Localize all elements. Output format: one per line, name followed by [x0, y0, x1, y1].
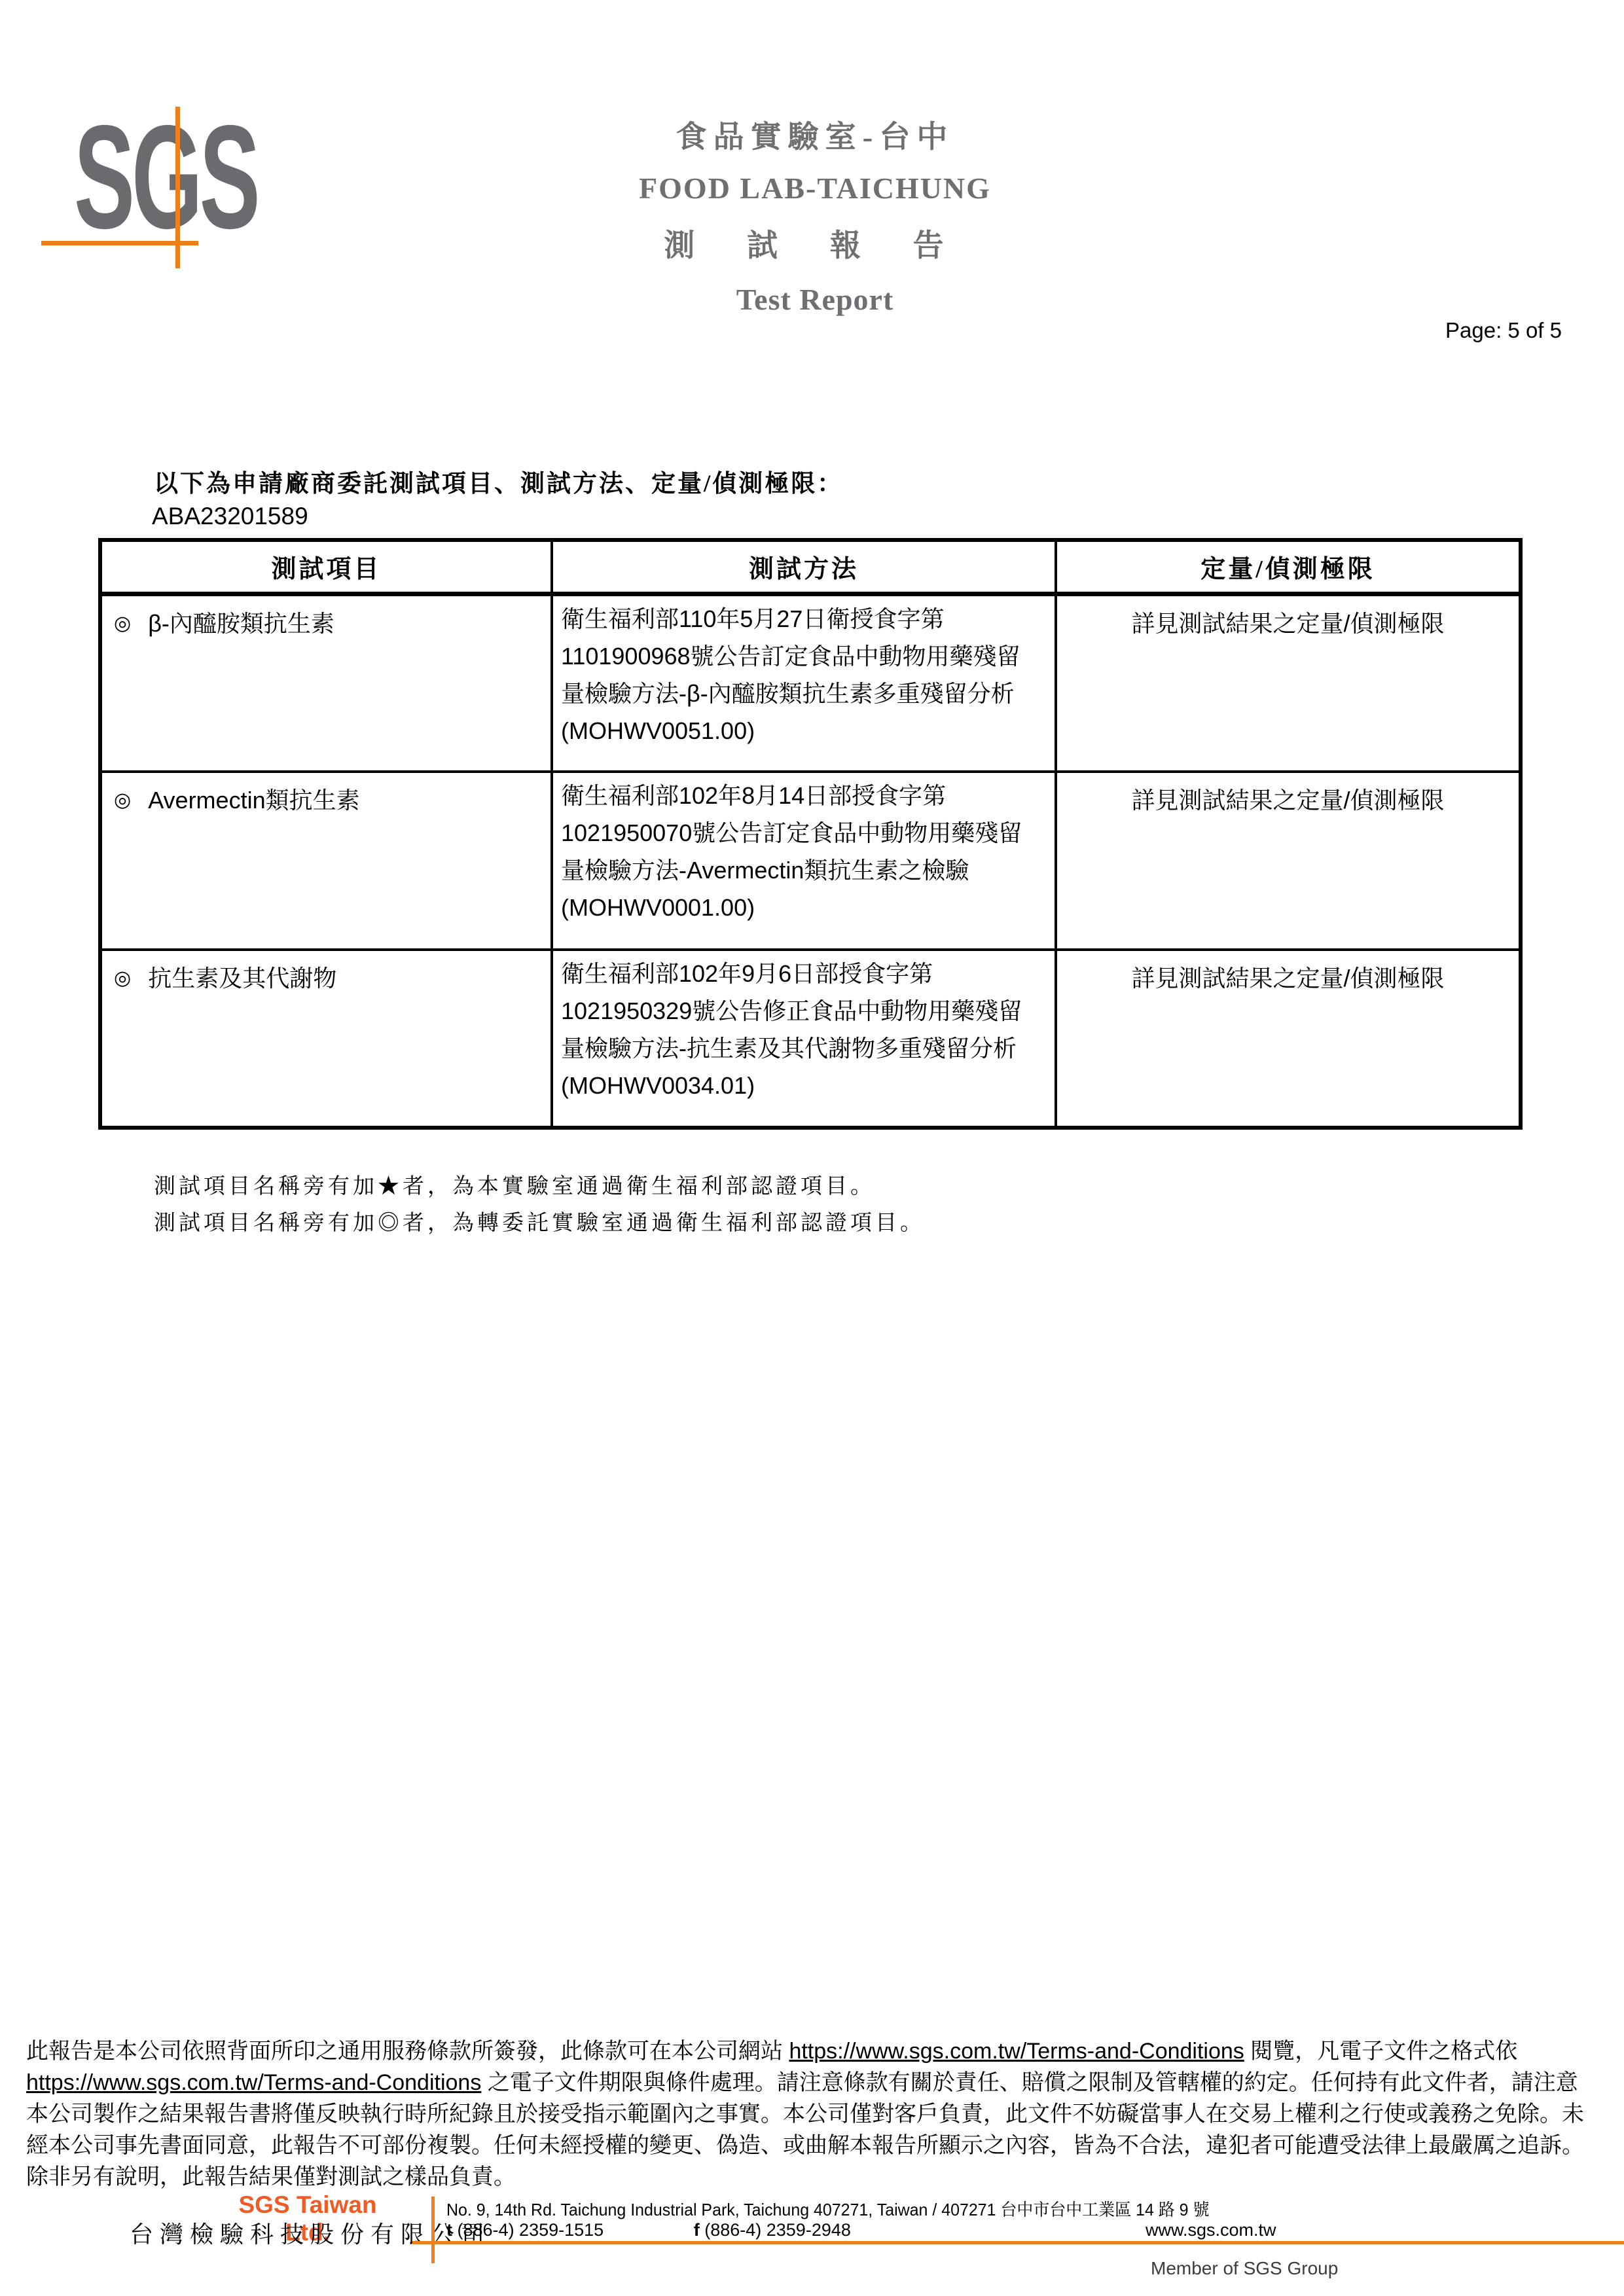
report-title-zh: 測 試 報 告 — [422, 221, 1208, 265]
method-line: 量檢驗方法-抗生素及其代謝物多重殘留分析 — [561, 1030, 1049, 1067]
disclaimer-text: 之電子文件期限與條件處理。請注意條款有關於責任、賠償之限制及管轄權的約定。任何持… — [481, 2070, 1578, 2095]
footnote-star: 測試項目名稱旁有加★者，為本實驗室通過衛生福利部認證項目。 — [154, 1169, 875, 1200]
method-line: 量檢驗方法-Avermectin類抗生素之檢驗 — [561, 852, 1049, 889]
sgs-logo-horizontal-line — [41, 241, 198, 245]
sgs-logo-vertical-line — [175, 107, 180, 268]
disclaimer-line: 本公司製作之結果報告書將僅反映執行時所紀錄且於接受指示範圍內之事實。本公司僅對客… — [26, 2098, 1602, 2130]
test-method-cell: 衛生福利部102年9月6日部授食字第 1021950329號公告修正食品中動物用… — [552, 950, 1056, 1128]
method-line: (MOHWV0034.01) — [561, 1067, 1049, 1104]
disclaimer-line: 除非另有說明，此報告結果僅對測試之樣品負責。 — [26, 2161, 1602, 2193]
page-number: Page: 5 of 5 — [1445, 318, 1562, 343]
method-line: (MOHWV0001.00) — [561, 889, 1049, 926]
method-line: 1101900968號公告訂定食品中動物用藥殘留 — [561, 637, 1049, 675]
test-item-name: β-內醯胺類抗生素 — [148, 610, 334, 637]
test-method-cell: 衛生福利部110年5月27日衛授食字第 1101900968號公告訂定食品中動物… — [552, 594, 1056, 772]
table-row: ◎β-內醯胺類抗生素 衛生福利部110年5月27日衛授食字第 110190096… — [100, 594, 1521, 772]
footer-divider-vertical — [431, 2197, 435, 2263]
footer-member-label: Member of SGS Group — [1151, 2258, 1338, 2279]
footer-company-name-zh: 台灣檢驗科技股份有限公司 — [130, 2216, 491, 2250]
footer-address: No. 9, 14th Rd. Taichung Industrial Park… — [446, 2197, 1238, 2221]
report-title-en: Test Report — [422, 282, 1208, 317]
disclaimer-line: 此報告是本公司依照背面所印之通用服務條款所簽發，此條款可在本公司網站 https… — [26, 2036, 1602, 2067]
test-method-cell: 衛生福利部102年8月14日部授食字第 1021950070號公告訂定食品中動物… — [552, 772, 1056, 950]
terms-link[interactable]: https://www.sgs.com.tw/Terms-and-Conditi… — [26, 2070, 481, 2095]
table-header-row: 測試項目 測試方法 定量/偵測極限 — [100, 540, 1521, 594]
footer-divider-horizontal — [412, 2241, 1624, 2244]
report-header: 食品實驗室-台中 FOOD LAB-TAICHUNG 測 試 報 告 Test … — [422, 113, 1208, 317]
disclaimer-block: 此報告是本公司依照背面所印之通用服務條款所簽發，此條款可在本公司網站 https… — [26, 2036, 1602, 2193]
footer-website-link[interactable]: www.sgs.com.tw — [1146, 2220, 1276, 2240]
report-number: ABA23201589 — [152, 503, 308, 530]
method-line: 量檢驗方法-β-內醯胺類抗生素多重殘留分析 — [561, 675, 1049, 712]
test-item-cell: ◎抗生素及其代謝物 — [100, 950, 552, 1128]
limit-cell: 詳見測試結果之定量/偵測極限 — [1056, 772, 1521, 950]
table-row: ◎抗生素及其代謝物 衛生福利部102年9月6日部授食字第 1021950329號… — [100, 950, 1521, 1128]
sgs-logo-text: SGS — [74, 103, 257, 251]
method-line: 1021950329號公告修正食品中動物用藥殘留 — [561, 992, 1049, 1030]
method-line: 衛生福利部102年8月14日部授食字第 — [561, 777, 1049, 814]
intro-statement: 以下為申請廠商委託測試項目、測試方法、定量/偵測極限： — [154, 463, 843, 499]
test-item-name: 抗生素及其代謝物 — [148, 965, 336, 992]
disclaimer-text: 此報告是本公司依照背面所印之通用服務條款所簽發，此條款可在本公司網站 — [26, 2039, 789, 2064]
column-header-test-item: 測試項目 — [100, 540, 552, 594]
fax-number: (886-4) 2359-2948 — [704, 2220, 851, 2240]
disclaimer-line: https://www.sgs.com.tw/Terms-and-Conditi… — [26, 2067, 1602, 2098]
fax-prefix: f — [694, 2220, 700, 2240]
test-item-cell: ◎Avermectin類抗生素 — [100, 772, 552, 950]
sgs-logo: SGS — [41, 98, 211, 275]
disclaimer-line: 經本公司事先書面同意，此報告不可部份複製。任何未經授權的變更、偽造、或曲解本報告… — [26, 2130, 1602, 2161]
test-methods-table: 測試項目 測試方法 定量/偵測極限 ◎β-內醯胺類抗生素 衛生福利部110年5月… — [98, 538, 1523, 1130]
limit-cell: 詳見測試結果之定量/偵測極限 — [1056, 594, 1521, 772]
test-item-cell: ◎β-內醯胺類抗生素 — [100, 594, 552, 772]
limit-cell: 詳見測試結果之定量/偵測極限 — [1056, 950, 1521, 1128]
footer-phones: t (886-4) 2359-1515 f (886-4) 2359-2948 — [446, 2220, 851, 2240]
disclaimer-text: 閱覽，凡電子文件之格式依 — [1244, 2039, 1517, 2064]
circle-marker-icon: ◎ — [114, 967, 131, 989]
circle-marker-icon: ◎ — [114, 613, 131, 634]
test-item-name: Avermectin類抗生素 — [148, 787, 359, 814]
lab-title-zh: 食品實驗室-台中 — [422, 113, 1208, 156]
column-header-test-method: 測試方法 — [552, 540, 1056, 594]
circle-marker-icon: ◎ — [114, 789, 131, 811]
lab-title-en: FOOD LAB-TAICHUNG — [422, 171, 1208, 206]
column-header-limit: 定量/偵測極限 — [1056, 540, 1521, 594]
method-line: 1021950070號公告訂定食品中動物用藥殘留 — [561, 814, 1049, 852]
terms-link[interactable]: https://www.sgs.com.tw/Terms-and-Conditi… — [789, 2039, 1244, 2064]
tel-number: (886-4) 2359-1515 — [458, 2220, 604, 2240]
table-row: ◎Avermectin類抗生素 衛生福利部102年8月14日部授食字第 1021… — [100, 772, 1521, 950]
footnote-circle: 測試項目名稱旁有加◎者，為轉委託實驗室通過衛生福利部認證項目。 — [154, 1206, 925, 1236]
tel-prefix: t — [446, 2220, 452, 2240]
method-line: 衛生福利部110年5月27日衛授食字第 — [561, 600, 1049, 637]
method-line: (MOHWV0051.00) — [561, 712, 1049, 749]
method-line: 衛生福利部102年9月6日部授食字第 — [561, 955, 1049, 992]
